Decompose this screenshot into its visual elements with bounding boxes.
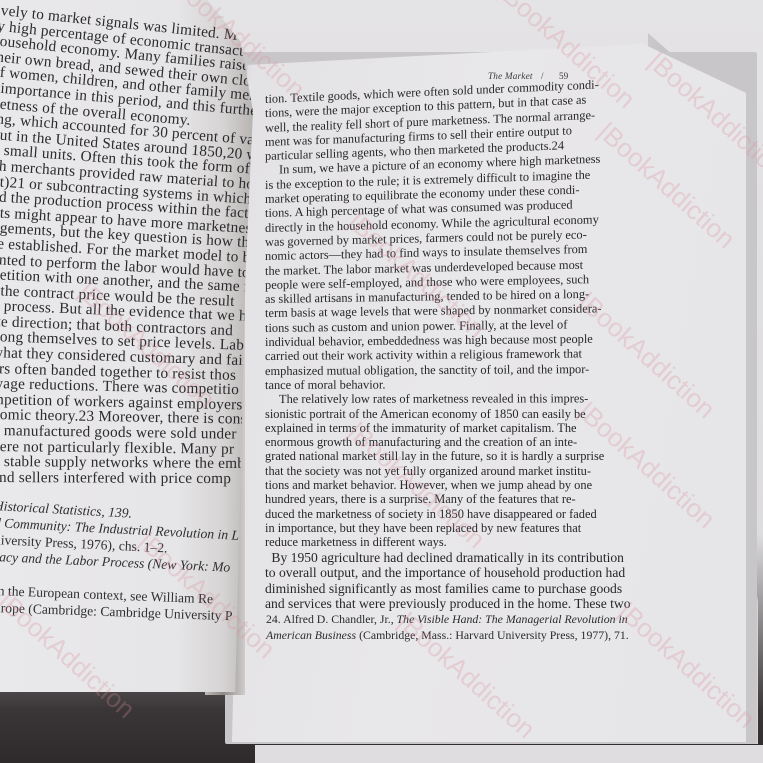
text-line: in importance, but they have been replac… (265, 521, 645, 535)
text-line: carried out their work activity within a… (265, 346, 645, 363)
background-paper-strip (255, 745, 763, 763)
running-header: The Market (488, 71, 533, 81)
text-line: sionistic portrait of the American econo… (265, 407, 645, 421)
text-line: tance of moral behavior. (265, 376, 645, 392)
left-page-body: tively to market signals was limited. Mo… (0, 2, 257, 485)
right-page-body: tion. Textile goods, which were often so… (265, 92, 645, 612)
left-page: tively to market signals was limited. Mo… (0, 0, 253, 692)
text-line: hundred years, there is a surprise. Many… (265, 492, 645, 506)
text-line: to overall output, and the importance of… (265, 565, 645, 581)
text-line: emphasized mutual obligation, the sancti… (265, 361, 645, 378)
footnote-publication: (Cambridge, Mass.: Harvard University Pr… (359, 628, 629, 642)
text-line: explained in terms of the immaturity of … (265, 421, 645, 435)
text-line: that the society was not yet fully organ… (265, 464, 645, 478)
text-line: enormous growth of manufacturing and the… (265, 435, 645, 449)
footnote-number: 24. (266, 612, 281, 626)
left-page-footnotes: Historical Statistics, 139.d Community: … (0, 497, 256, 616)
text-line: reduce marketness in different ways. (265, 535, 645, 549)
text-line: and services that were previously produc… (265, 596, 645, 612)
text-line: grated national market still lay in the … (265, 449, 645, 463)
text-line: diminished significantly as most familie… (265, 581, 645, 597)
text-line: duced the marketness of society in 1850 … (265, 507, 645, 521)
text-line: and sellers interfered with price comp (0, 470, 257, 487)
footnote-24: 24. Alfred D. Chandler, Jr., The Visible… (240, 612, 660, 643)
text-line: By 1950 agriculture had declined dramati… (265, 550, 645, 566)
text-line: tions and market behavior. However, when… (265, 478, 645, 492)
footnote-author: Alfred D. Chandler, Jr., (283, 612, 394, 626)
text-line: The relatively low rates of marketness r… (265, 391, 645, 406)
